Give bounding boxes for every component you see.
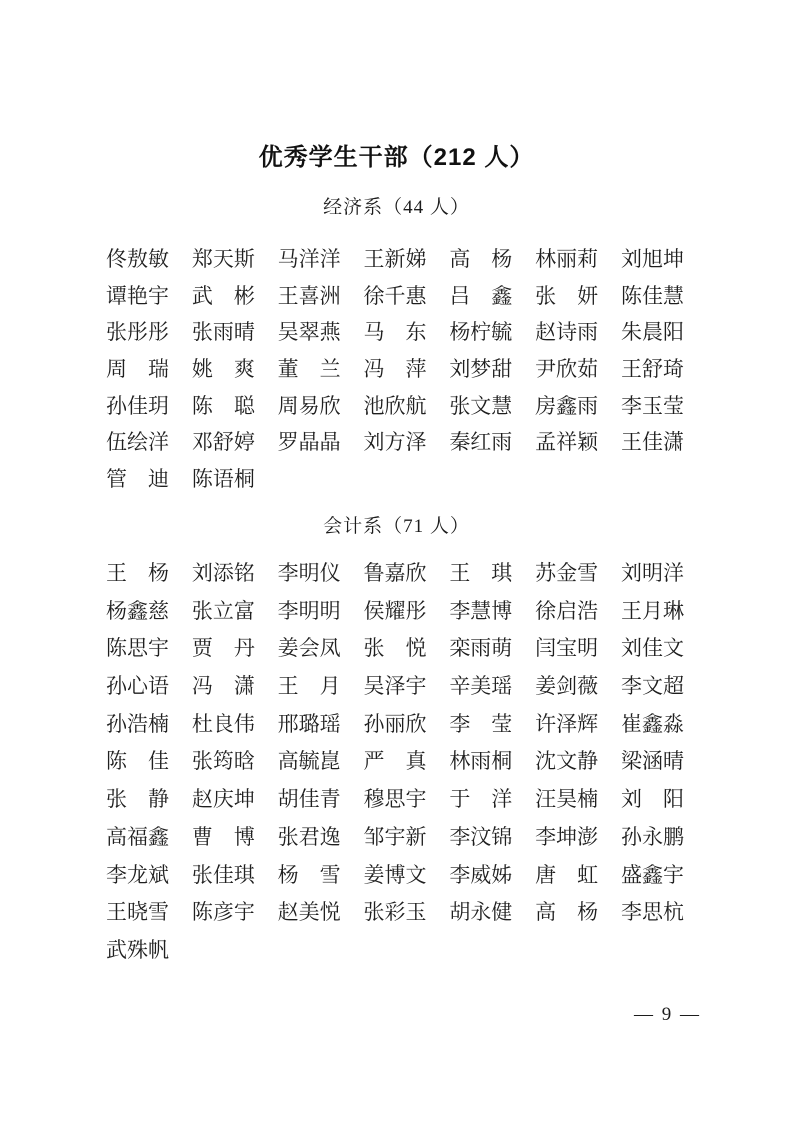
student-name: 管 迪 [106,469,169,490]
student-name: 武 彬 [192,286,255,307]
student-name: 栾雨萌 [449,638,512,659]
student-name: 陈语桐 [192,469,255,490]
student-name: 冯 潇 [192,676,255,697]
student-name: 刘方泽 [363,432,426,453]
student-name: 马洋洋 [278,249,341,270]
student-name: 王 杨 [106,563,169,584]
student-name: 高 杨 [449,249,512,270]
student-name: 姜博文 [363,865,426,886]
student-name: 尹欣茹 [535,359,598,380]
student-name: 孟祥颖 [535,432,598,453]
student-name: 孙永鹏 [621,827,684,848]
student-name: 陈 佳 [106,751,169,772]
student-name: 董 兰 [278,359,341,380]
student-name: 辛美瑶 [449,676,512,697]
student-name: 邓舒婷 [192,432,255,453]
student-name: 王喜洲 [278,286,341,307]
student-name: 房鑫雨 [535,396,598,417]
student-name: 王舒琦 [621,359,684,380]
student-name: 陈佳慧 [621,286,684,307]
student-name: 杨 雪 [278,865,341,886]
student-name: 郑天斯 [192,249,255,270]
student-name: 严 真 [363,751,426,772]
student-name: 沈文静 [535,751,598,772]
student-name: 周 瑞 [106,359,169,380]
student-name: 崔鑫淼 [621,714,684,735]
student-name: 吴泽宇 [363,676,426,697]
student-name: 王新娣 [363,249,426,270]
student-name: 秦红雨 [449,432,512,453]
student-name: 张雨晴 [192,322,255,343]
student-name: 梁涵晴 [621,751,684,772]
student-name: 武殊帆 [106,940,169,961]
student-name: 张彤彤 [106,322,169,343]
student-name: 高福鑫 [106,827,169,848]
student-name: 李明仪 [278,563,341,584]
student-name: 闫宝明 [535,638,598,659]
student-name: 孙浩楠 [106,714,169,735]
student-name: 李威姊 [449,865,512,886]
student-name: 姜剑薇 [535,676,598,697]
student-name: 李 莹 [449,714,512,735]
student-name: 张文慧 [449,396,512,417]
student-name: 佟敖敏 [106,249,169,270]
student-name: 胡永健 [449,902,512,923]
student-name: 赵美悦 [278,902,341,923]
student-name: 孙丽欣 [363,714,426,735]
student-name: 曹 博 [192,827,255,848]
student-name: 穆思宇 [363,789,426,810]
student-name: 杜良伟 [192,714,255,735]
student-name: 苏金雪 [535,563,598,584]
student-name: 邢璐瑶 [278,714,341,735]
student-name: 王月琳 [621,601,684,622]
student-name: 张彩玉 [363,902,426,923]
student-name: 刘明洋 [621,563,684,584]
section-heading-accounting: 会计系（71 人） [0,516,793,538]
student-name: 陈 聪 [192,396,255,417]
student-name: 王佳潇 [621,432,684,453]
student-name: 吕 鑫 [449,286,512,307]
student-name: 汪昊楠 [535,789,598,810]
page-number: — 9 — [634,1004,701,1026]
student-name: 胡佳青 [278,789,341,810]
student-name: 张立富 [192,601,255,622]
student-name: 贾 丹 [192,638,255,659]
student-name: 罗晶晶 [278,432,341,453]
student-name: 李玉莹 [621,396,684,417]
student-name: 马 东 [363,322,426,343]
student-name: 李汶锦 [449,827,512,848]
student-name: 杨鑫慈 [106,601,169,622]
name-grid-accounting: 王 杨刘添铭李明仪鲁嘉欣王 琪苏金雪刘明洋杨鑫慈张立富李明明侯耀彤李慧博徐启浩王… [106,563,684,961]
student-name: 徐千惠 [363,286,426,307]
student-name: 于 洋 [449,789,512,810]
student-name: 朱晨阳 [621,322,684,343]
student-name: 池欣航 [363,396,426,417]
student-name: 林雨桐 [449,751,512,772]
student-name: 周易欣 [278,396,341,417]
student-name: 刘梦甜 [449,359,512,380]
student-name: 鲁嘉欣 [363,563,426,584]
document-page: 优秀学生干部（212 人） 经济系（44 人） 佟敖敏郑天斯马洋洋王新娣高 杨林… [0,0,793,1122]
student-name: 冯 萍 [363,359,426,380]
student-name: 姜会凤 [278,638,341,659]
student-name: 李思杭 [621,902,684,923]
student-name: 张佳琪 [192,865,255,886]
student-name: 刘旭坤 [621,249,684,270]
student-name: 林丽莉 [535,249,598,270]
student-name: 杨柠毓 [449,322,512,343]
student-name: 伍绘洋 [106,432,169,453]
student-name: 刘佳文 [621,638,684,659]
student-name: 李慧博 [449,601,512,622]
student-name: 王 琪 [449,563,512,584]
section-heading-economics: 经济系（44 人） [0,197,793,219]
student-name: 陈思宇 [106,638,169,659]
student-name: 王 月 [278,676,341,697]
student-name: 王晓雪 [106,902,169,923]
student-name: 许泽辉 [535,714,598,735]
student-name: 孙心语 [106,676,169,697]
student-name: 李龙斌 [106,865,169,886]
student-name: 赵庆坤 [192,789,255,810]
student-name: 吴翠燕 [278,322,341,343]
name-grid-economics: 佟敖敏郑天斯马洋洋王新娣高 杨林丽莉刘旭坤谭艳宇武 彬王喜洲徐千惠吕 鑫张 妍陈… [106,249,684,490]
student-name: 唐 虹 [535,865,598,886]
student-name: 姚 爽 [192,359,255,380]
student-name: 张筠晗 [192,751,255,772]
student-name: 张 静 [106,789,169,810]
student-name: 盛鑫宇 [621,865,684,886]
student-name: 邹宇新 [363,827,426,848]
student-name: 高毓崑 [278,751,341,772]
student-name: 侯耀彤 [363,601,426,622]
student-name: 李明明 [278,601,341,622]
student-name: 孙佳玥 [106,396,169,417]
student-name: 刘 阳 [621,789,684,810]
student-name: 李坤澎 [535,827,598,848]
student-name: 高 杨 [535,902,598,923]
student-name: 徐启浩 [535,601,598,622]
student-name: 李文超 [621,676,684,697]
student-name: 张 妍 [535,286,598,307]
student-name: 陈彦宇 [192,902,255,923]
student-name: 张 悦 [363,638,426,659]
student-name: 刘添铭 [192,563,255,584]
student-name: 赵诗雨 [535,322,598,343]
student-name: 张君逸 [278,827,341,848]
student-name: 谭艳宇 [106,286,169,307]
document-title: 优秀学生干部（212 人） [0,144,793,172]
